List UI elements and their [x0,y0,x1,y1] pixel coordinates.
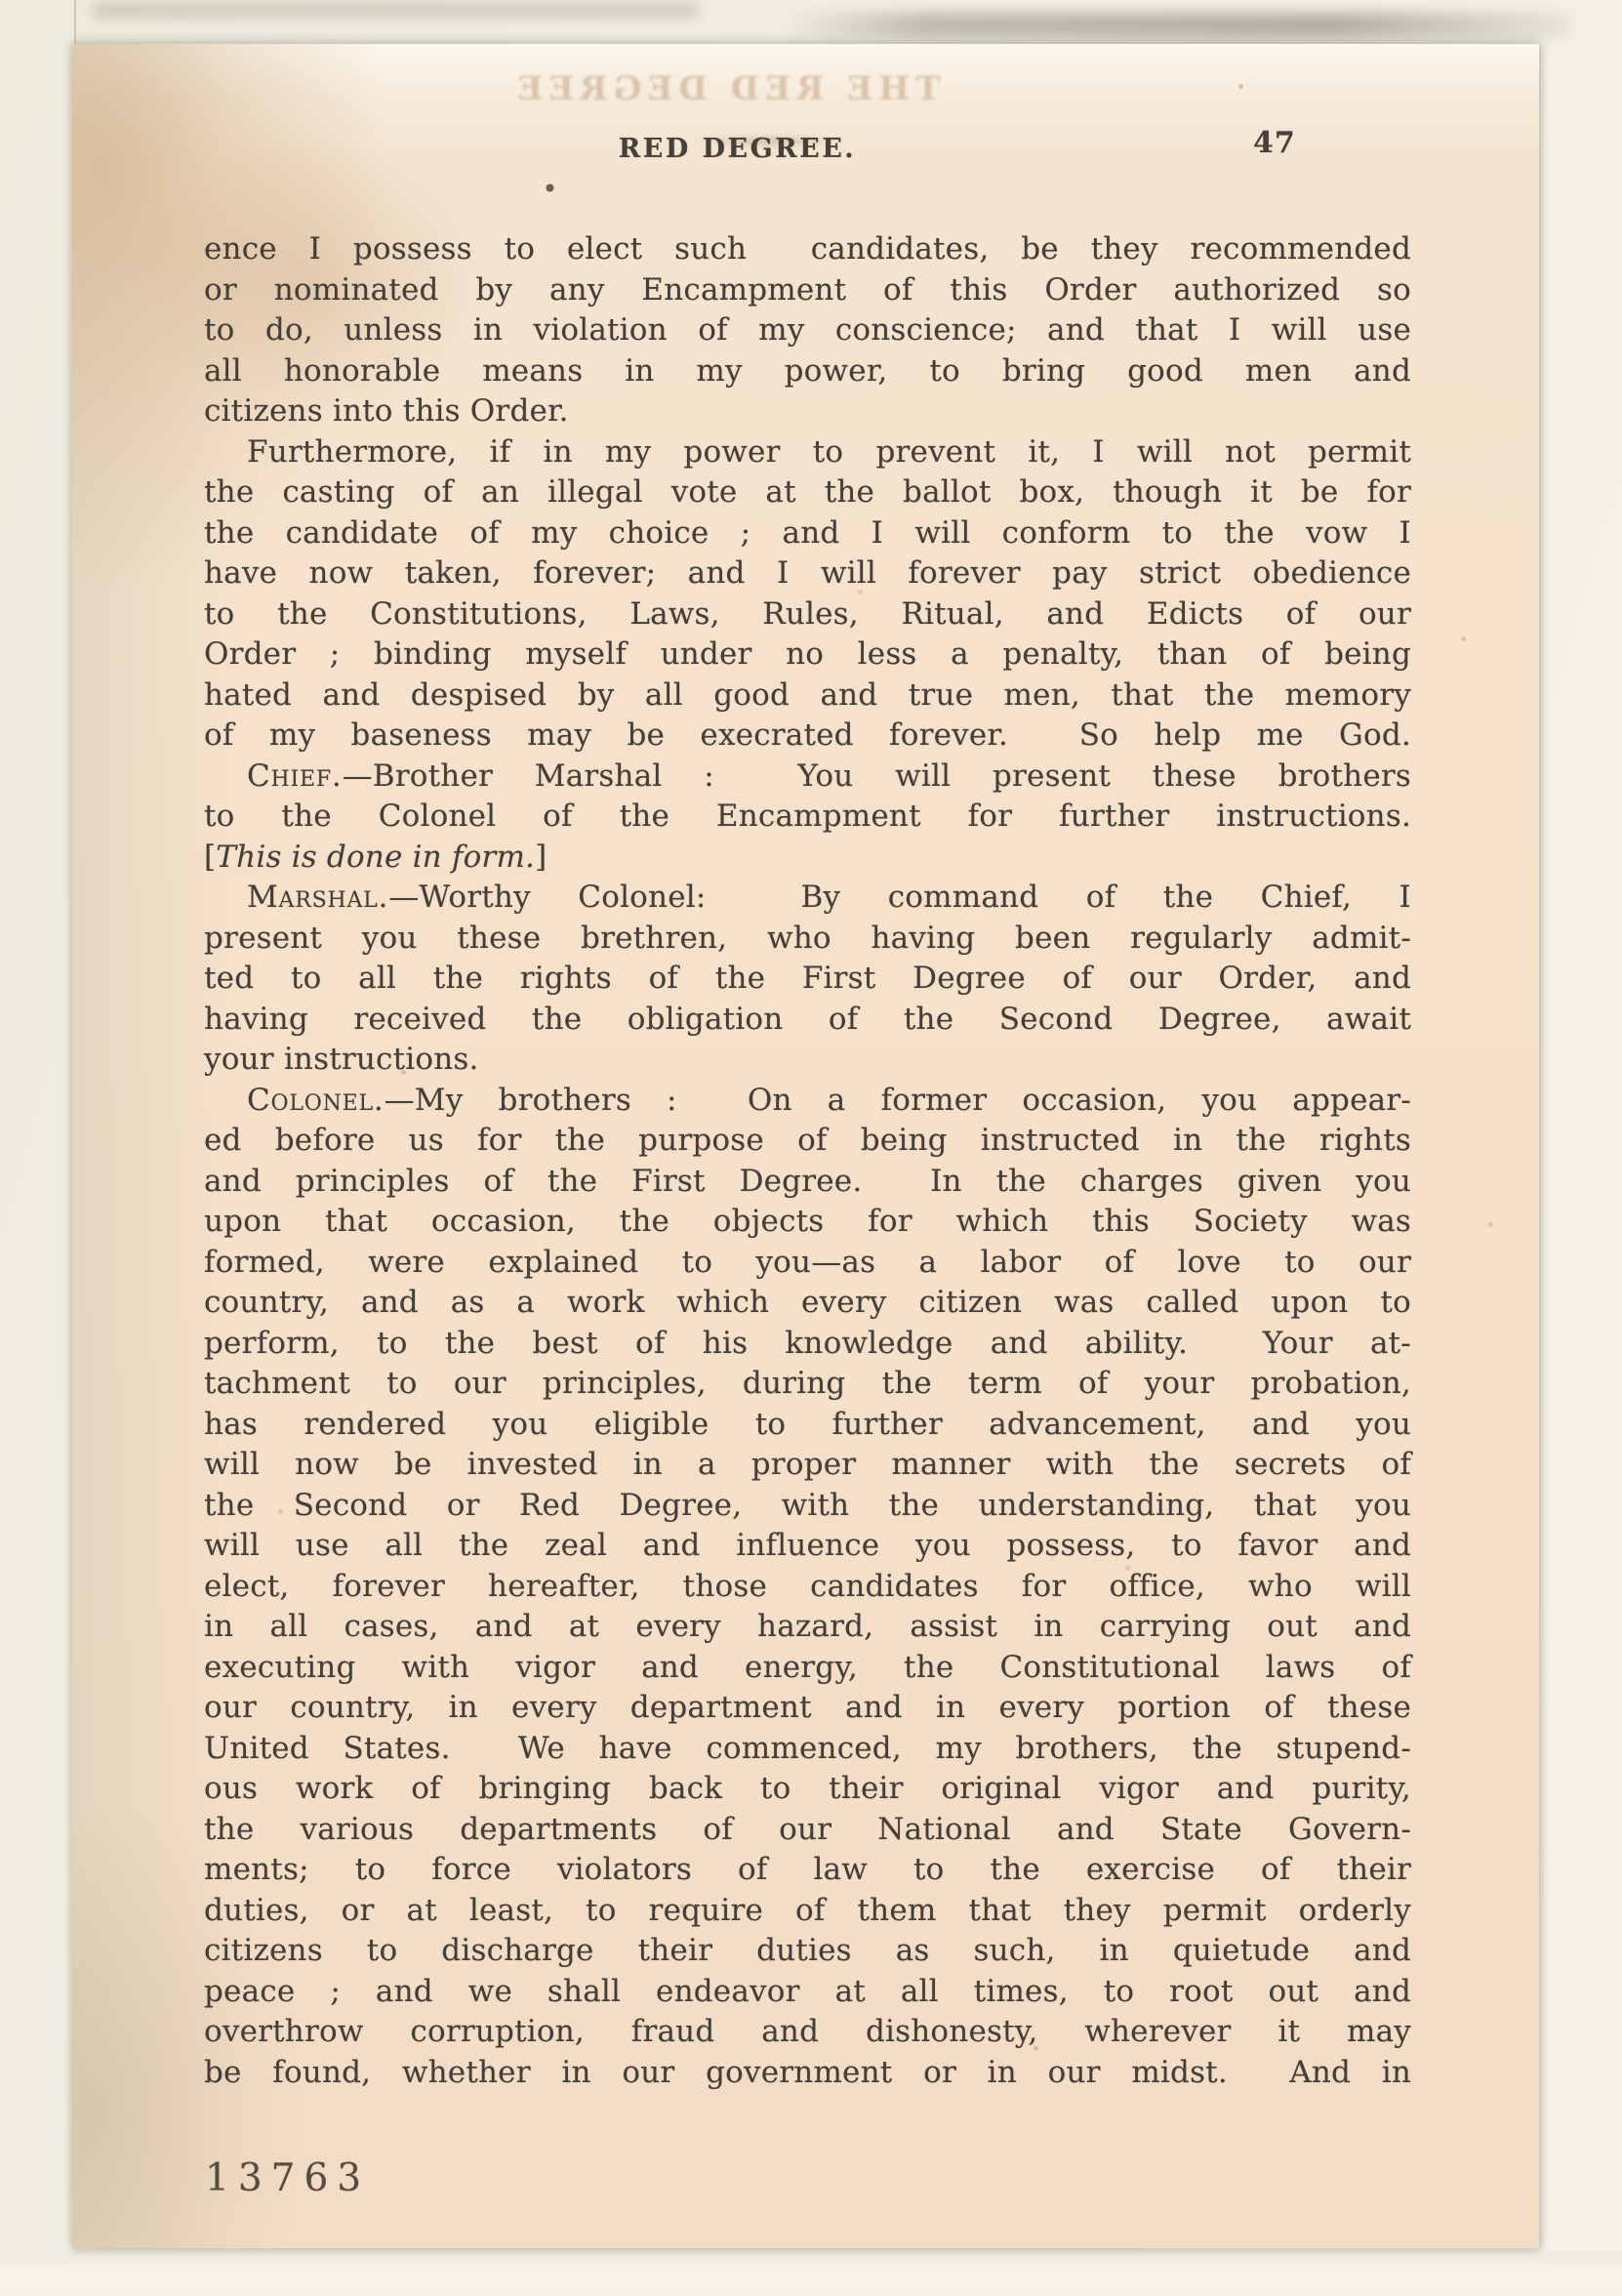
text-line: hated and despised by all good and true … [204,676,1411,717]
line-segment: ments; to force violators of law to the … [204,1852,1411,1887]
text-line: has rendered you eligible to further adv… [204,1405,1411,1446]
line-segment: all honorable means in my power, to brin… [204,353,1411,389]
line-segment: —Brother Marshal : You will present thes… [343,758,1411,794]
text-line: United States. We have commenced, my bro… [204,1729,1411,1770]
line-segment: citizens into this Order. [204,393,569,429]
scan-background: THE RED DEGREE RED DEGREE. 47 ence I pos… [0,0,1622,2296]
line-segment: Order ; binding myself under no less a p… [204,636,1411,672]
text-line: to the Colonel of the Encampment for fur… [204,797,1411,838]
bleedthrough-title: THE RED DEGREE [502,69,951,108]
line-segment: ed before us for the purpose of being in… [204,1123,1411,1158]
text-line: ence I possess to elect such candidates,… [204,229,1411,270]
line-segment: of my baseness may be execrated forever.… [204,717,1411,753]
text-line: ed before us for the purpose of being in… [204,1121,1411,1162]
text-line: to the Constitutions, Laws, Rules, Ritua… [204,594,1411,635]
text-line: [This is done in form.] [204,838,1411,879]
text-line: have now taken, forever; and I will fore… [204,553,1411,594]
line-segment: tachment to our principles, during the t… [204,1366,1411,1401]
text-line: ments; to force violators of law to the … [204,1850,1411,1891]
speaker-label: Marshal. [247,880,388,915]
line-segment: —My brothers : On a former occasion, you… [385,1083,1411,1118]
text-line: duties, or at least, to require of them … [204,1891,1411,1932]
text-line: the various departments of our National … [204,1810,1411,1851]
line-segment: This is done in form. [216,840,535,875]
text-line: upon that occasion, the objects for whic… [204,1202,1411,1243]
line-segment: or nominated by any Encampment of this O… [204,272,1411,307]
line-segment: will now be invested in a proper manner … [204,1447,1411,1482]
text-line: ous work of bringing back to their origi… [204,1769,1411,1810]
text-line: to do, unless in violation of my conscie… [204,310,1411,351]
line-segment: will use all the zeal and influence you … [204,1528,1411,1563]
scanner-shadow-right [781,13,1571,38]
text-line: or nominated by any Encampment of this O… [204,270,1411,311]
text-line: in all cases, and at every hazard, assis… [204,1607,1411,1648]
text-line: Furthermore, if in my power to prevent i… [204,432,1411,473]
line-segment: formed, were explained to you—as a labor… [204,1245,1411,1280]
text-line: Marshal.—Worthy Colonel: By command of t… [204,878,1411,919]
text-block: ence I possess to elect such candidates,… [204,229,1411,2093]
foxing-specks [72,44,75,47]
line-segment: United States. We have commenced, my bro… [204,1731,1411,1766]
document-page: THE RED DEGREE RED DEGREE. 47 ence I pos… [72,44,1539,2248]
text-line: all honorable means in my power, to brin… [204,351,1411,392]
line-segment: ous work of bringing back to their origi… [204,1771,1411,1806]
line-segment: [ [204,840,216,875]
text-line: of my baseness may be execrated forever.… [204,716,1411,757]
line-segment: peace ; and we shall endeavor at all tim… [204,1974,1411,2009]
line-segment: hated and despised by all good and true … [204,677,1411,713]
text-line: will use all the zeal and influence you … [204,1526,1411,1567]
line-segment: perform, to the best of his knowledge an… [204,1326,1411,1361]
text-line: overthrow corruption, fraud and dishones… [204,2012,1411,2053]
line-segment: have now taken, forever; and I will fore… [204,555,1411,591]
scan-bed-bottom [0,2251,1622,2296]
line-segment: to the Colonel of the Encampment for fur… [204,799,1411,834]
catalog-number: 13763 [205,2156,370,2200]
text-line: the Second or Red Degree, with the under… [204,1486,1411,1527]
line-segment: the casting of an illegal vote at the ba… [204,474,1411,510]
text-line: tachment to our principles, during the t… [204,1364,1411,1405]
text-line: Chief.—Brother Marshal : You will presen… [204,757,1411,798]
line-segment: in all cases, and at every hazard, assis… [204,1609,1411,1644]
line-segment: ted to all the rights of the First Degre… [204,961,1411,996]
line-segment: upon that occasion, the objects for whic… [204,1204,1411,1239]
line-segment: duties, or at least, to require of them … [204,1893,1411,1928]
text-line: and principles of the First Degree. In t… [204,1162,1411,1203]
scanner-shadow-left [93,2,698,19]
text-line: country, and as a work which every citiz… [204,1283,1411,1324]
text-line: citizens into this Order. [204,391,1411,432]
line-segment: the Second or Red Degree, with the under… [204,1488,1411,1523]
text-line: will now be invested in a proper manner … [204,1445,1411,1486]
line-segment: citizens to discharge their duties as su… [204,1933,1411,1968]
line-segment: country, and as a work which every citiz… [204,1285,1411,1320]
line-segment: ] [535,840,547,875]
text-line: our country, in every department and in … [204,1688,1411,1729]
text-line: present you these brethren, who having b… [204,919,1411,960]
line-segment: present you these brethren, who having b… [204,921,1411,956]
line-segment: be found, whether in our government or i… [204,2055,1411,2090]
line-segment: ence I possess to elect such candidates,… [204,231,1411,266]
line-segment: Furthermore, if in my power to prevent i… [247,434,1411,470]
text-line: Order ; binding myself under no less a p… [204,635,1411,676]
text-line: Colonel.—My brothers : On a former occas… [204,1081,1411,1122]
text-line: formed, were explained to you—as a labor… [204,1243,1411,1284]
line-segment: having received the obligation of the Se… [204,1002,1411,1037]
running-title: RED DEGREE. [72,134,1539,164]
line-segment: the candidate of my choice ; and I will … [204,515,1411,551]
line-segment: executing with vigor and energy, the Con… [204,1650,1411,1685]
line-segment: overthrow corruption, fraud and dishones… [204,2014,1411,2049]
line-segment: has rendered you eligible to further adv… [204,1407,1411,1442]
text-line: be found, whether in our government or i… [204,2053,1411,2094]
line-segment: to the Constitutions, Laws, Rules, Ritua… [204,596,1411,632]
text-line: citizens to discharge their duties as su… [204,1931,1411,1972]
line-segment: and principles of the First Degree. In t… [204,1164,1411,1199]
text-line: ted to all the rights of the First Degre… [204,959,1411,1000]
text-line: the candidate of my choice ; and I will … [204,513,1411,554]
text-line: your instructions. [204,1040,1411,1081]
line-segment: elect, forever hereafter, those candidat… [204,1569,1411,1604]
text-line: executing with vigor and energy, the Con… [204,1648,1411,1689]
text-line: the casting of an illegal vote at the ba… [204,472,1411,513]
page-number: 47 [1253,126,1296,160]
line-segment: to do, unless in violation of my conscie… [204,312,1411,348]
line-segment: —Worthy Colonel: By command of the Chief… [388,880,1411,915]
speaker-label: Chief. [247,758,343,794]
line-segment: the various departments of our National … [204,1812,1411,1847]
line-segment: your instructions. [204,1042,479,1077]
text-line: elect, forever hereafter, those candidat… [204,1567,1411,1608]
text-line: peace ; and we shall endeavor at all tim… [204,1972,1411,2013]
speaker-label: Colonel. [247,1083,385,1118]
line-segment: our country, in every department and in … [204,1690,1411,1725]
text-line: perform, to the best of his knowledge an… [204,1324,1411,1365]
text-line: having received the obligation of the Se… [204,1000,1411,1041]
